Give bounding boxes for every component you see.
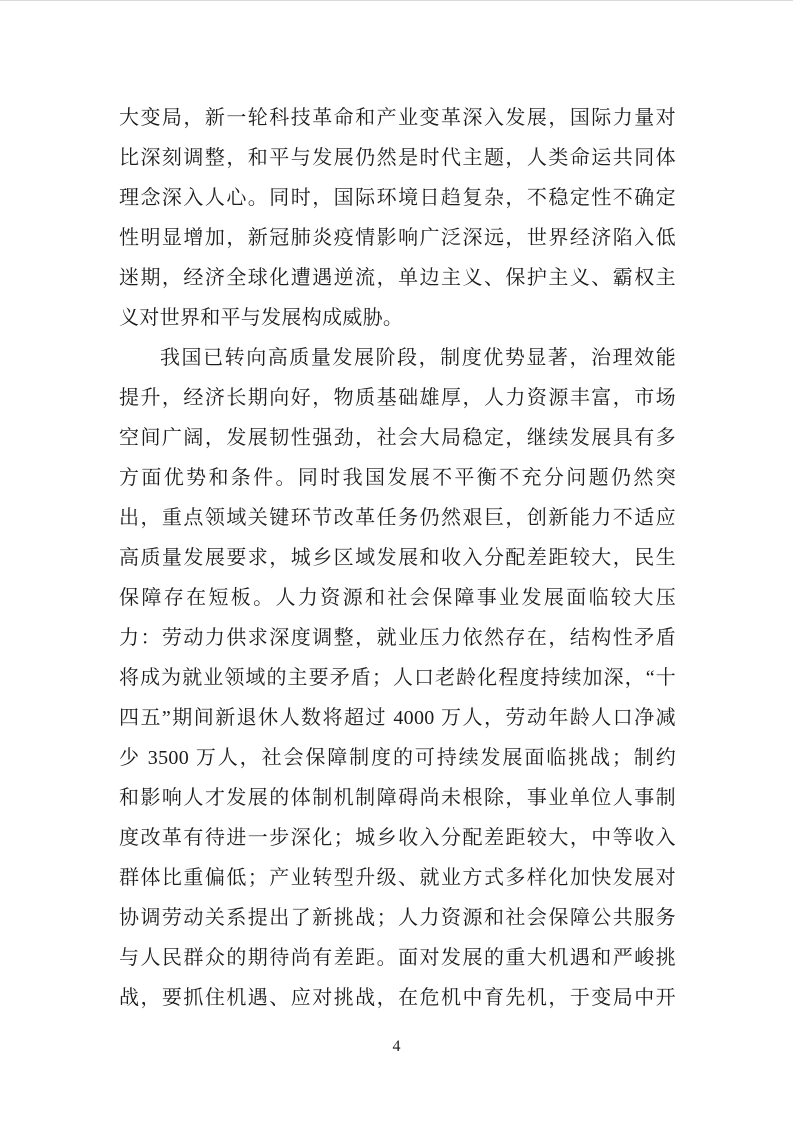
text-line: 空间广阔，发展韧性强劲，社会大局稳定，继续发展具有多 bbox=[119, 418, 676, 458]
text-line: 大变局，新一轮科技革命和产业变革深入发展，国际力量对 bbox=[119, 98, 676, 138]
text-line: 理念深入人心。同时，国际环境日趋复杂，不稳定性不确定 bbox=[119, 178, 676, 218]
text-line: 迷期，经济全球化遭遇逆流，单边主义、保护主义、霸权主 bbox=[119, 258, 676, 298]
text-line: 力：劳动力供求深度调整，就业压力依然存在，结构性矛盾 bbox=[119, 618, 676, 658]
text-line: 将成为就业领域的主要矛盾；人口老龄化程度持续加深，“十 bbox=[119, 658, 676, 698]
text-line: 和影响人才发展的体制机制障碍尚未根除，事业单位人事制 bbox=[119, 778, 676, 818]
page-number: 4 bbox=[0, 1037, 793, 1057]
text-line: 群体比重偏低；产业转型升级、就业方式多样化加快发展对 bbox=[119, 858, 676, 898]
text-line: 与人民群众的期待尚有差距。面对发展的重大机遇和严峻挑 bbox=[119, 938, 676, 978]
text-line: 战，要抓住机遇、应对挑战，在危机中育先机，于变局中开 bbox=[119, 978, 676, 1018]
text-line: 方面优势和条件。同时我国发展不平衡不充分问题仍然突 bbox=[119, 458, 676, 498]
document-page: 大变局，新一轮科技革命和产业变革深入发展，国际力量对 比深刻调整，和平与发展仍然… bbox=[0, 0, 793, 1122]
text-body: 大变局，新一轮科技革命和产业变革深入发展，国际力量对 比深刻调整，和平与发展仍然… bbox=[119, 98, 676, 1018]
text-line: 四五”期间新退休人数将超过 4000 万人，劳动年龄人口净减 bbox=[119, 698, 676, 738]
text-line: 出，重点领域关键环节改革任务仍然艰巨，创新能力不适应 bbox=[119, 498, 676, 538]
text-line: 协调劳动关系提出了新挑战；人力资源和社会保障公共服务 bbox=[119, 898, 676, 938]
text-line: 我国已转向高质量发展阶段，制度优势显著，治理效能 bbox=[119, 338, 676, 378]
text-line: 比深刻调整，和平与发展仍然是时代主题，人类命运共同体 bbox=[119, 138, 676, 178]
text-line: 度改革有待进一步深化；城乡收入分配差距较大，中等收入 bbox=[119, 818, 676, 858]
text-line: 高质量发展要求，城乡区域发展和收入分配差距较大，民生 bbox=[119, 538, 676, 578]
text-line: 义对世界和平与发展构成威胁。 bbox=[119, 298, 676, 338]
text-line: 性明显增加，新冠肺炎疫情影响广泛深远，世界经济陷入低 bbox=[119, 218, 676, 258]
text-line: 提升，经济长期向好，物质基础雄厚，人力资源丰富，市场 bbox=[119, 378, 676, 418]
text-line: 少 3500 万人，社会保障制度的可持续发展面临挑战；制约 bbox=[119, 738, 676, 778]
text-line: 保障存在短板。人力资源和社会保障事业发展面临较大压 bbox=[119, 578, 676, 618]
